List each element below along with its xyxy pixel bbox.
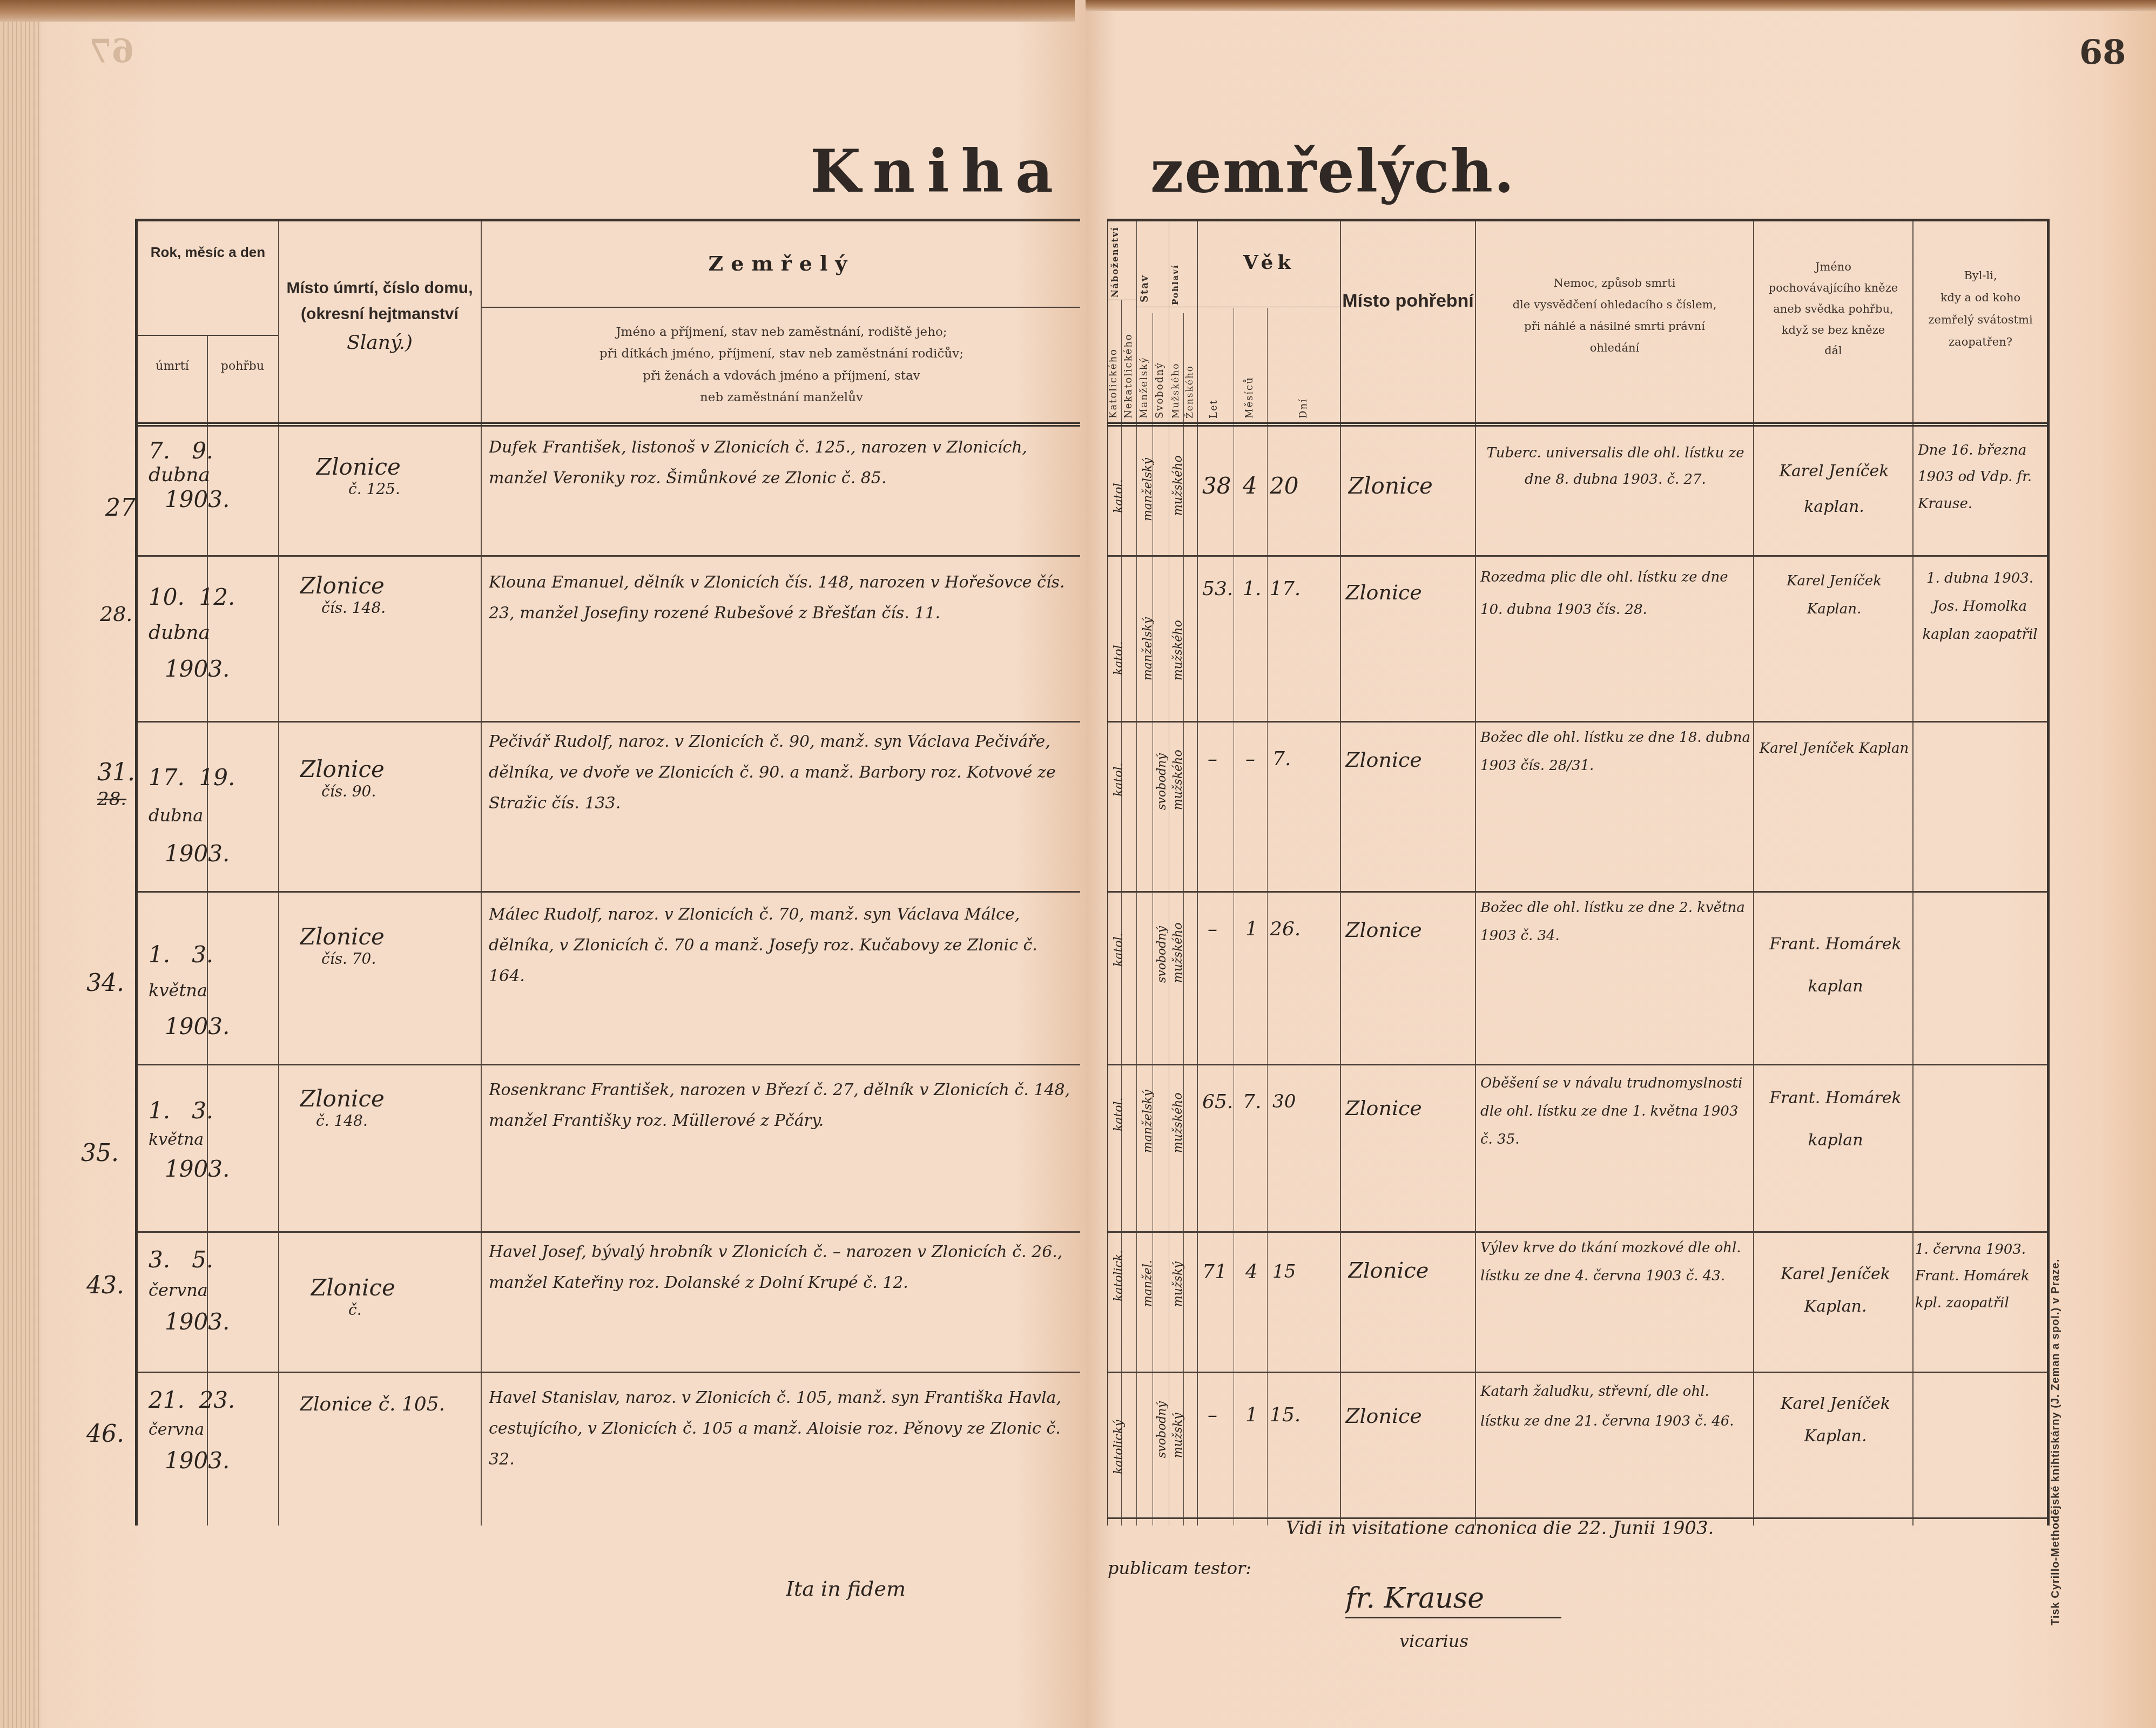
place: Zlonice: [300, 756, 478, 782]
header-cause-of-death: Nemoc, způsob smrti dle vysvědčení ohled…: [1476, 273, 1753, 359]
header-age: Věk: [1198, 251, 1340, 274]
year: 1903.: [149, 1304, 278, 1339]
footer-visitation-note: Vidi in visitatione canonica die 22. Jun…: [1286, 1517, 1772, 1539]
header-age-months: Měsíců: [1244, 346, 1255, 418]
entry-4-deceased: Málec Rudolf, naroz. v Zlonicích č. 70, …: [489, 899, 1077, 991]
header-district-value: Slaný.): [279, 327, 480, 359]
entry-6-age-days: 15: [1272, 1261, 1337, 1282]
cause-line: ohledání: [1476, 337, 1753, 359]
entry-5-place: Zlonice č. 148.: [300, 1085, 478, 1130]
entry-2-priest: Karel Jeníček Kaplan.: [1759, 567, 1910, 623]
page-edges: [0, 0, 41, 1728]
row-divider: [1108, 1372, 2047, 1373]
entry-2-religion: katol.: [1112, 599, 1126, 675]
entry-3-place: Zlonice čís. 90.: [300, 756, 478, 800]
row-divider: [1108, 721, 2047, 723]
desc-line: Jméno a příjmení, stav neb zaměstnání, r…: [482, 321, 1081, 343]
entry-3-burial-place: Zlonice: [1345, 748, 1472, 772]
entry-1-religion: katol.: [1112, 437, 1126, 513]
table-right-border: [2047, 221, 2049, 1525]
entry-5-deceased: Rosenkranc František, narozen v Březí č.…: [489, 1075, 1077, 1136]
sacraments-line: Byl-li,: [1914, 265, 2047, 287]
entry-6-place: Zlonice č.: [311, 1274, 478, 1319]
death-day: 1.: [149, 1097, 170, 1124]
cause-line: při náhlé a násilné smrti právní: [1476, 316, 1753, 337]
death-day: 1.: [149, 941, 170, 968]
month: června: [149, 1417, 278, 1443]
burial-day: 9.: [192, 437, 213, 464]
entry-1-sacraments: Dne 16. března 1903 od Vdp. fr. Krause.: [1918, 437, 2046, 517]
entry-number: 31.: [97, 759, 135, 786]
entry-7-cause: Katarh žaludku, střevní, dle ohl. lístku…: [1480, 1377, 1750, 1436]
row-divider: [1108, 300, 1136, 300]
place: Zlonice: [300, 1085, 478, 1112]
cause-line: dle vysvědčení ohledacího s číslem,: [1476, 294, 1753, 316]
entry-3-age-years: –: [1208, 748, 1235, 770]
col-divider: [207, 335, 208, 1525]
entry-2-age-years: 53.: [1202, 578, 1235, 600]
row-divider: [138, 1064, 1080, 1065]
entry-2-sex: mužského: [1171, 572, 1185, 680]
entry-3-priest: Karel Jeníček Kaplan: [1759, 734, 1910, 762]
col-divider: [1169, 221, 1169, 1525]
house-number: č.: [311, 1301, 478, 1319]
entry-4-dates: 1. 3. května 1903.: [149, 934, 278, 1047]
entry-7-religion: katolický: [1112, 1377, 1126, 1474]
header-place-of-death: Místo úmrtí, číslo domu, (okresní hejtma…: [279, 275, 480, 359]
priest-line: dál: [1754, 340, 1912, 361]
footer-signature: fr. Krause: [1345, 1582, 1561, 1618]
desc-line: při ženách a vdovách jméno a příjmení, s…: [482, 365, 1081, 387]
place: Zlonice č. 105.: [300, 1393, 478, 1415]
entry-1-age-days: 20: [1270, 473, 1337, 499]
row-divider: [1197, 307, 1340, 307]
entry-2-sacraments: 1. dubna 1903. Jos. Homolka kaplan zaopa…: [1915, 564, 2045, 649]
entry-4-burial-place: Zlonice: [1345, 918, 1472, 942]
entry-3-deceased: Pečivář Rudolf, naroz. v Zlonicích č. 90…: [489, 726, 1077, 819]
house-number: čís. 90.: [300, 782, 478, 800]
entry-1-priest: Karel Jeníček kaplan.: [1761, 454, 1907, 525]
entry-6-dates: 3. 5. června 1903.: [149, 1242, 278, 1339]
priest-line: když se bez kněze: [1754, 320, 1912, 341]
entry-4-sex: mužského: [1171, 902, 1185, 983]
entry-1-deceased: Dufek František, listonoš v Zlonicích č.…: [489, 432, 1077, 494]
footer-publicam-testor: publicam testor:: [1108, 1558, 1324, 1578]
header-sex-male: Mužského: [1170, 310, 1181, 418]
month: dubna: [149, 464, 278, 486]
header-priest: Jméno pochovávajícího kněze aneb svědka …: [1754, 256, 1912, 361]
place: Zlonice: [316, 454, 478, 480]
register-table-right: Náboženství Katolického Nekatolického St…: [1107, 219, 2050, 1525]
year: 1903.: [149, 1152, 278, 1186]
entry-4-priest: Frant. Homárek kaplan: [1761, 923, 1910, 1008]
entry-2-age-days: 17.: [1270, 578, 1337, 600]
house-number: čís. 148.: [300, 599, 478, 617]
entry-6-cause: Výlev krve do tkání mozkové dle ohl. lís…: [1480, 1234, 1750, 1290]
entry-3-age-days: 7.: [1272, 748, 1337, 770]
entry-4-age-days: 26.: [1270, 918, 1337, 940]
entry-5-priest: Frant. Homárek kaplan: [1761, 1077, 1910, 1162]
entry-2-status: manželský: [1141, 572, 1155, 680]
printer-imprint: Tisk Cyrillo-Methodějské knihtiskárny (J…: [2050, 1259, 2062, 1625]
ghost-page-number: 67: [89, 32, 134, 70]
header-status-single: Svobodný: [1154, 310, 1165, 418]
entry-6-status: manžel.: [1141, 1242, 1155, 1307]
header-date-burial: pohřbu: [207, 356, 278, 377]
entry-6-priest: Karel Jeníček Kaplan.: [1761, 1258, 1910, 1323]
top-page-edge-left: [0, 0, 1075, 22]
burial-day: 23.: [199, 1387, 235, 1413]
burial-day: 3.: [192, 941, 213, 968]
year: 1903.: [149, 1443, 278, 1478]
header-date-death: úmrtí: [138, 356, 207, 377]
header-sacraments: Byl-li, kdy a od koho zemřelý svátostmi …: [1914, 265, 2047, 353]
entry-4-age-months: 1: [1245, 918, 1267, 940]
entry-1-cause: Tuberc. universalis dle ohl. lístku ze d…: [1480, 440, 1750, 494]
year: 1903.: [149, 832, 278, 875]
entry-7-place: Zlonice č. 105.: [300, 1393, 478, 1415]
entry-1-dates: 7. 9. dubna 1903.: [149, 437, 278, 512]
entry-number: 43.: [86, 1272, 124, 1299]
row-divider: [138, 335, 278, 336]
entry-7-dates: 21. 23. června 1903.: [149, 1382, 278, 1478]
sacraments-line: zaopatřen?: [1914, 331, 2047, 353]
footer-ita-in-fidem: Ita in fidem: [786, 1577, 1056, 1601]
entry-7-age-years: –: [1208, 1404, 1235, 1426]
month: května: [149, 975, 278, 1007]
header-status-married: Manželský: [1138, 310, 1150, 418]
entry-1-status: manželský: [1141, 435, 1155, 521]
entry-2-age-months: 1.: [1243, 578, 1267, 600]
entry-5-cause: Oběšení se v návalu trudnomyslnosti dle …: [1480, 1069, 1750, 1153]
entry-5-age-days: 30: [1272, 1091, 1337, 1112]
header-place-district: (okresní hejtmanství: [279, 301, 480, 327]
place: Zlonice: [300, 923, 478, 950]
entry-4-religion: katol.: [1112, 907, 1126, 967]
cause-line: Nemoc, způsob smrti: [1476, 273, 1753, 294]
header-religion-noncatholic: Nekatolického: [1123, 302, 1134, 418]
burial-day: 19.: [199, 764, 235, 791]
col-divider: [1197, 221, 1198, 1525]
year: 1903.: [149, 650, 278, 688]
header-divider: [1108, 422, 2047, 427]
burial-day: 3.: [192, 1097, 213, 1124]
entry-7-status: svobodný: [1155, 1382, 1169, 1458]
entry-6-sex: mužský: [1171, 1242, 1185, 1307]
row-divider: [1108, 891, 2047, 893]
entry-number: 35.: [81, 1139, 119, 1167]
priest-line: aneb svědka pohřbu,: [1754, 299, 1912, 320]
death-day: 10.: [149, 584, 185, 610]
header-divider: [138, 422, 1080, 427]
col-divider: [1753, 221, 1754, 1525]
house-number: čís. 70.: [300, 950, 478, 968]
header-deceased-desc: Jméno a příjmení, stav neb zaměstnání, r…: [482, 321, 1081, 408]
entry-4-age-years: –: [1208, 918, 1235, 940]
entry-3-age-months: –: [1245, 748, 1267, 770]
entry-1-age-years: 38: [1202, 473, 1235, 499]
sacraments-line: zemřelý svátostmi: [1914, 309, 2047, 331]
entry-7-priest: Karel Jeníček Kaplan.: [1761, 1388, 1910, 1453]
col-divider: [278, 221, 279, 1525]
entry-number-struck: 28.: [97, 788, 126, 810]
entry-3-religion: katol.: [1112, 732, 1126, 796]
entry-7-sex: mužský: [1171, 1382, 1185, 1458]
entry-number: 34.: [86, 969, 124, 997]
entry-1-place: Zlonice č. 125.: [316, 454, 478, 498]
entry-4-cause: Božec dle ohl. lístku ze dne 2. května 1…: [1480, 894, 1750, 950]
row-divider: [1108, 1064, 2047, 1065]
col-divider: [1340, 221, 1341, 1525]
row-divider: [138, 555, 1080, 557]
book-title-right: zemřelých.: [1150, 138, 1515, 206]
entry-5-age-months: 7.: [1243, 1091, 1267, 1113]
header-sex-female: Ženského: [1184, 310, 1195, 418]
row-divider: [1136, 307, 1197, 307]
entry-3-dates: 17. 19. dubna 1903.: [149, 756, 278, 875]
entry-number: 46.: [86, 1420, 124, 1448]
year: 1903.: [149, 1006, 278, 1047]
entry-5-burial-place: Zlonice: [1345, 1096, 1472, 1120]
place: Zlonice: [300, 572, 478, 599]
row-divider: [138, 891, 1080, 893]
header-status: Stav: [1139, 254, 1150, 302]
entry-5-age-years: 65.: [1202, 1091, 1235, 1113]
header-religion: Náboženství: [1110, 225, 1120, 298]
entry-4-status: svobodný: [1155, 902, 1169, 983]
col-divider: [1267, 308, 1268, 1525]
header-date-group: Rok, měsíc a den: [138, 240, 278, 264]
priest-line: Jméno: [1754, 256, 1912, 278]
entry-2-place: Zlonice čís. 148.: [300, 572, 478, 617]
row-divider: [1108, 1231, 2047, 1233]
entry-6-burial-place: Zlonice: [1348, 1258, 1472, 1283]
entry-1-sex: mužského: [1171, 435, 1185, 516]
month: dubna: [149, 799, 278, 832]
house-number: č. 148.: [300, 1112, 478, 1130]
entry-6-sacraments: 1. června 1903. Frant. Homárek kpl. zaop…: [1915, 1237, 2045, 1317]
sacraments-line: kdy a od koho: [1914, 287, 2047, 309]
register-table-left: Rok, měsíc a den úmrtí pohřbu Místo úmrt…: [135, 219, 1080, 1525]
col-divider: [1912, 221, 1914, 1525]
month: dubna: [149, 616, 278, 649]
entry-1-burial-place: Zlonice: [1348, 473, 1472, 499]
death-day: 3.: [149, 1246, 170, 1273]
row-divider: [138, 1372, 1080, 1373]
entry-5-sex: mužského: [1171, 1072, 1185, 1153]
entry-2-dates: 10. 12. dubna 1903.: [149, 578, 278, 688]
burial-day: 12.: [199, 584, 235, 610]
death-day: 17.: [149, 764, 185, 791]
col-divider: [1475, 221, 1476, 1525]
entry-7-age-days: 15.: [1270, 1404, 1337, 1426]
entry-7-burial-place: Zlonice: [1345, 1404, 1472, 1428]
entry-7-age-months: 1: [1245, 1404, 1267, 1426]
header-place-title: Místo úmrtí, číslo domu,: [279, 275, 480, 301]
header-burial-place: Místo pohřební: [1341, 281, 1475, 321]
entry-2-deceased: Klouna Emanuel, dělník v Zlonicích čís. …: [489, 567, 1077, 629]
year: 1903.: [149, 486, 278, 512]
month: května: [149, 1128, 278, 1152]
entry-1-age-months: 4: [1243, 473, 1267, 499]
entry-number: 27: [105, 494, 136, 522]
header-religion-catholic: Katolického: [1108, 302, 1119, 418]
entry-number: 28.: [100, 602, 132, 626]
death-day: 7.: [149, 437, 170, 464]
row-divider: [138, 721, 1080, 723]
col-divider: [1136, 221, 1137, 1525]
page-number: 68: [2079, 32, 2126, 72]
col-divider: [481, 221, 482, 1525]
top-page-edge-right: [1086, 0, 2156, 11]
row-divider: [481, 307, 1080, 308]
header-age-days: Dní: [1298, 362, 1309, 418]
entry-3-sex: mužského: [1171, 729, 1185, 810]
entry-6-age-months: 4: [1245, 1261, 1267, 1283]
entry-2-burial-place: Zlonice: [1345, 580, 1472, 604]
entry-6-age-years: 71: [1202, 1261, 1235, 1283]
row-divider: [1108, 555, 2047, 557]
entry-3-status: svobodný: [1155, 729, 1169, 810]
place: Zlonice: [311, 1274, 478, 1301]
entry-6-religion: katolick.: [1112, 1237, 1126, 1301]
entry-2-cause: Rozedma plic dle ohl. lístku ze dne 10. …: [1480, 562, 1750, 626]
entry-7-deceased: Havel Stanislav, naroz. v Zlonicích č. 1…: [489, 1382, 1077, 1475]
entry-5-status: manželský: [1141, 1072, 1155, 1153]
house-number: č. 125.: [316, 480, 478, 498]
desc-line: při dítkách jméno, příjmení, stav neb za…: [482, 343, 1081, 364]
book-title-left: Kniha: [810, 138, 1065, 206]
footer-signature-title: vicarius: [1399, 1631, 1561, 1651]
burial-day: 5.: [192, 1246, 213, 1273]
entry-3-cause: Božec dle ohl. lístku ze dne 18. dubna 1…: [1480, 724, 1750, 780]
entry-4-place: Zlonice čís. 70.: [300, 923, 478, 968]
row-divider: [138, 1231, 1080, 1233]
priest-line: pochovávajícího kněze: [1754, 278, 1912, 299]
header-age-years: Let: [1208, 362, 1220, 418]
month: června: [149, 1277, 278, 1304]
header-sex: Pohlaví: [1170, 254, 1180, 305]
entry-5-religion: katol.: [1112, 1072, 1126, 1131]
desc-line: neb zaměstnání manželův: [482, 387, 1081, 408]
entry-5-dates: 1. 3. května 1903.: [149, 1093, 278, 1186]
entry-6-deceased: Havel Josef, bývalý hrobník v Zlonicích …: [489, 1237, 1077, 1298]
header-deceased-title: Zemřelý: [482, 251, 1081, 275]
death-day: 21.: [149, 1387, 185, 1413]
